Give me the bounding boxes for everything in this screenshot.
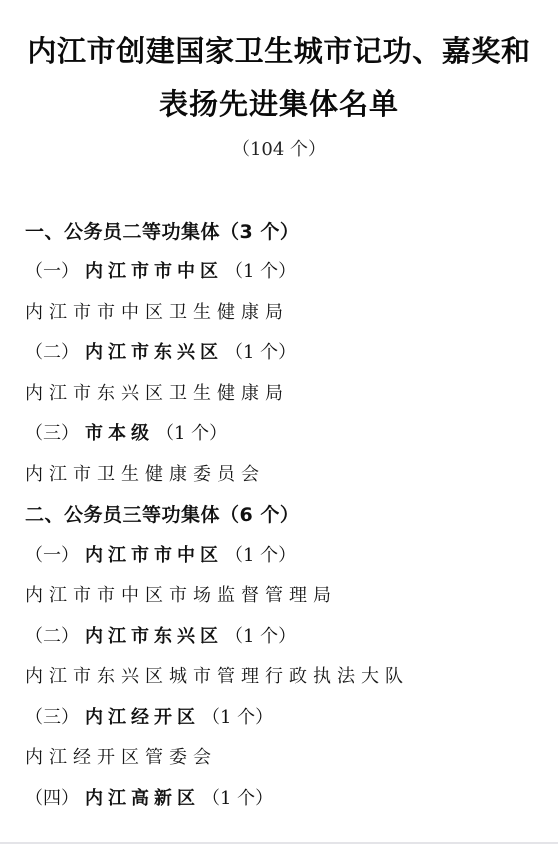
subsection-heading: （一）内江市市中区（1 个） — [25, 542, 296, 570]
subsection-number: （二） — [25, 626, 79, 647]
list-item: 内江市市中区市场监督管理局 — [25, 582, 337, 610]
document-title-line-2: 表扬先进集体名单 — [0, 87, 558, 121]
subsection-count: （1 个） — [156, 423, 227, 444]
subsection-heading: （二）内江市东兴区（1 个） — [25, 339, 296, 367]
subsection-heading: （二）内江市东兴区（1 个） — [25, 623, 296, 651]
subsection-number: （一） — [25, 261, 79, 282]
subsection-name: 内江市市中区 — [85, 261, 223, 282]
subsection-number: （三） — [25, 707, 79, 728]
section-heading-1: 一、公务员二等功集体（3 个） — [25, 218, 299, 246]
subsection-name: 内江市市中区 — [85, 545, 223, 566]
subsection-heading: （三）市本级（1 个） — [25, 420, 227, 448]
subsection-number: （二） — [25, 342, 79, 363]
subsection-count: （1 个） — [225, 261, 296, 282]
subsection-count: （1 个） — [202, 788, 273, 809]
subsection-heading: （三）内江经开区（1 个） — [25, 704, 273, 732]
subsection-heading: （一）内江市市中区（1 个） — [25, 258, 296, 286]
subsection-name: 内江高新区 — [85, 788, 200, 809]
list-item: 内江市市中区卫生健康局 — [25, 299, 289, 327]
subsection-count: （1 个） — [225, 342, 296, 363]
subsection-name: 内江经开区 — [85, 707, 200, 728]
document-title-line-1: 内江市创建国家卫生城市记功、嘉奖和 — [0, 34, 558, 68]
document-page: 内江市创建国家卫生城市记功、嘉奖和 表扬先进集体名单 （104 个） 一、公务员… — [0, 0, 558, 842]
list-item: 内江市东兴区卫生健康局 — [25, 380, 289, 408]
list-item: 内江市东兴区城市管理行政执法大队 — [25, 663, 409, 691]
subsection-name: 市本级 — [85, 423, 154, 444]
subsection-number: （四） — [25, 788, 79, 809]
list-item: 内江市卫生健康委员会 — [25, 461, 265, 489]
subsection-count: （1 个） — [225, 545, 296, 566]
subsection-name: 内江市东兴区 — [85, 342, 223, 363]
subsection-number: （一） — [25, 545, 79, 566]
subsection-count: （1 个） — [202, 707, 273, 728]
list-item: 内江经开区管委会 — [25, 744, 217, 772]
subsection-number: （三） — [25, 423, 79, 444]
subsection-count: （1 个） — [225, 626, 296, 647]
subsection-name: 内江市东兴区 — [85, 626, 223, 647]
document-subtitle-count: （104 个） — [0, 138, 558, 162]
section-heading-2: 二、公务员三等功集体（6 个） — [25, 501, 299, 529]
subsection-heading: （四）内江高新区（1 个） — [25, 785, 273, 813]
